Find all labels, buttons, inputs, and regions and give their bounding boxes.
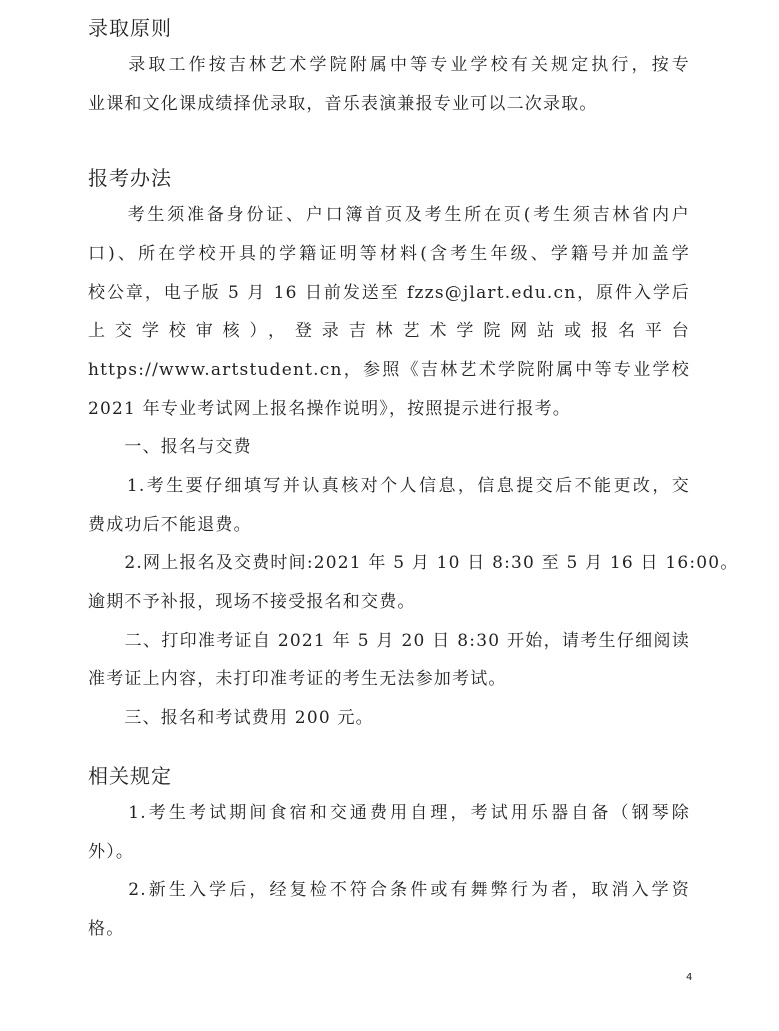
paragraph-line: 1.考生要仔细填写并认真核对个人信息，信息提交后不能更改，交 (88, 475, 690, 497)
paragraph-line: 2.网上报名及交费时间:2021 年 5 月 10 日 8:30 至 5 月 1… (88, 552, 690, 574)
section-heading-related-regulations: 相关规定 (88, 760, 172, 789)
document-page: 录取原则 录取工作按吉林艺术学院附属中等专业学校有关规定执行，按专 业课和文化课… (0, 0, 779, 1031)
paragraph-line: 二、打印准考证自 2021 年 5 月 20 日 8:30 开始，请考生仔细阅读 (88, 630, 690, 652)
paragraph-line: 逾期不予补报，现场不接受报名和交费。 (88, 591, 690, 613)
subsection-heading: 一、报名与交费 (88, 436, 690, 458)
section-heading-admission-principles: 录取原则 (88, 12, 172, 41)
paragraph-line: 外）。 (88, 841, 690, 863)
paragraph-line: 2.新生入学后，经复检不符合条件或有舞弊行为者，取消入学资 (88, 879, 690, 901)
paragraph-line: 费成功后不能退费。 (88, 514, 690, 536)
paragraph-line: 录取工作按吉林艺术学院附属中等专业学校有关规定执行，按专 (88, 54, 690, 76)
paragraph-line: 准考证上内容，未打印准考证的考生无法参加考试。 (88, 668, 690, 690)
paragraph-line: 校公章，电子版 5 月 16 日前发送至 fzzs@jlart.edu.cn，原… (88, 282, 690, 304)
paragraph-line: 2021 年专业考试网上报名操作说明》，按照提示进行报考。 (88, 398, 690, 420)
paragraph-line: 业课和文化课成绩择优录取，音乐表演兼报专业可以二次录取。 (88, 93, 690, 115)
paragraph-line: 1.考生考试期间食宿和交通费用自理，考试用乐器自备（钢琴除 (88, 802, 690, 824)
page-number: 4 (686, 972, 692, 983)
paragraph-line: 格。 (88, 918, 690, 940)
section-heading-application-method: 报考办法 (88, 162, 172, 191)
paragraph-line: 上交学校审核），登录吉林艺术学院网站或报名平台 (88, 320, 690, 342)
paragraph-line: 三、报名和考试费用 200 元。 (88, 707, 690, 729)
paragraph-line: 口)、所在学校开具的学籍证明等材料(含考生年级、学籍号并加盖学 (88, 243, 690, 265)
paragraph-line: 考生须准备身份证、户口簿首页及考生所在页(考生须吉林省内户 (88, 204, 690, 226)
paragraph-line: https://www.artstudent.cn，参照《吉林艺术学院附属中等专… (88, 359, 690, 381)
